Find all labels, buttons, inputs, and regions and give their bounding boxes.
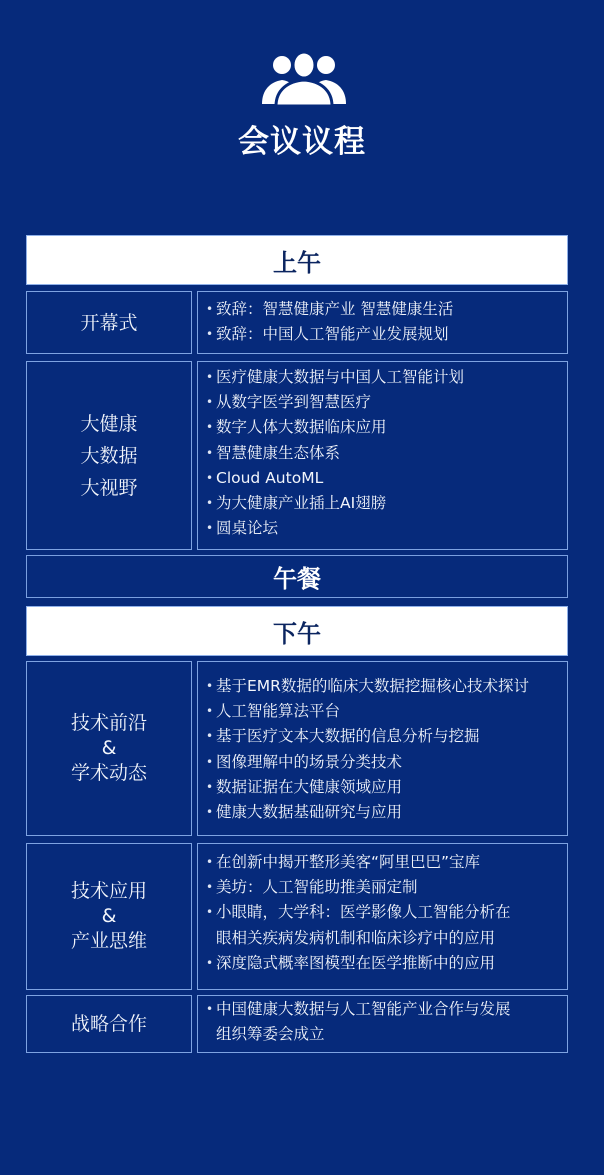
session-name-line: 技术前沿 — [71, 711, 147, 736]
list-item: •为大健康产业插上AI翅膀 — [206, 491, 567, 516]
list-item: •Cloud AutoML — [206, 466, 567, 491]
list-item: •在创新中揭开整形美客“阿里巴巴”宝库 — [206, 850, 567, 875]
session-name-opening: 开幕式 — [26, 291, 192, 354]
list-item: •医疗健康大数据与中国人工智能计划 — [206, 365, 567, 390]
list-item: •健康大数据基础研究与应用 — [206, 800, 567, 825]
bullet-icon: • — [206, 900, 216, 925]
bullet-icon: • — [206, 390, 216, 415]
list-item: •美坊：人工智能助推美丽定制 — [206, 875, 567, 900]
bullet-icon: • — [206, 997, 216, 1022]
bullet-icon: • — [206, 699, 216, 724]
bullet-icon: • — [206, 951, 216, 976]
list-item-continuation: 眼相关疾病发病机制和临床诊疗中的应用 — [206, 926, 567, 951]
bullet-icon: • — [206, 724, 216, 749]
page-title: 会议议程 — [0, 116, 604, 161]
section-header-morning: 上午 — [26, 235, 568, 285]
bullet-icon: • — [206, 365, 216, 390]
bullet-icon: • — [206, 800, 216, 825]
session-name-line: 产业思维 — [71, 929, 147, 954]
bullet-icon: • — [206, 491, 216, 516]
session-name-line: 技术应用 — [71, 879, 147, 904]
bullet-icon: • — [206, 775, 216, 800]
list-item: •深度隐式概率图模型在医学推断中的应用 — [206, 951, 567, 976]
list-item: •数字人体大数据临床应用 — [206, 415, 567, 440]
session-name-line: 大数据 — [80, 440, 137, 472]
section-header-lunch: 午餐 — [26, 555, 568, 598]
list-item: •图像理解中的场景分类技术 — [206, 750, 567, 775]
bullet-icon: • — [206, 516, 216, 541]
bullet-icon: • — [206, 875, 216, 900]
list-item: •基于医疗文本大数据的信息分析与挖掘 — [206, 724, 567, 749]
session-name-line: 大视野 — [80, 472, 137, 504]
session-items-big-health: •医疗健康大数据与中国人工智能计划 •从数字医学到智慧医疗 •数字人体大数据临床… — [197, 361, 568, 550]
bullet-icon: • — [206, 674, 216, 699]
list-item: •小眼睛，大学科：医学影像人工智能分析在 — [206, 900, 567, 925]
session-items-opening: •致辞：智慧健康产业 智慧健康生活 •致辞：中国人工智能产业发展规划 — [197, 291, 568, 354]
session-name-line: & — [102, 904, 117, 929]
session-name-tech-application: 技术应用 & 产业思维 — [26, 843, 192, 990]
session-name-tech-frontier: 技术前沿 & 学术动态 — [26, 661, 192, 836]
session-name-line: 开幕式 — [80, 307, 137, 339]
bullet-icon: • — [206, 297, 216, 322]
session-name-strategic-cooperation: 战略合作 — [26, 995, 192, 1053]
list-item: •从数字医学到智慧医疗 — [206, 390, 567, 415]
session-name-line: & — [102, 736, 117, 761]
list-item: •基于EMR数据的临床大数据挖掘核心技术探讨 — [206, 674, 567, 699]
people-group-icon — [258, 50, 350, 106]
bullet-icon: • — [206, 466, 216, 491]
session-name-big-health: 大健康 大数据 大视野 — [26, 361, 192, 550]
session-name-line: 战略合作 — [71, 1008, 147, 1040]
bullet-icon: • — [206, 415, 216, 440]
list-item: •人工智能算法平台 — [206, 699, 567, 724]
list-item: •数据证据在大健康领域应用 — [206, 775, 567, 800]
session-items-tech-application: •在创新中揭开整形美客“阿里巴巴”宝库 •美坊：人工智能助推美丽定制 •小眼睛，… — [197, 843, 568, 990]
session-name-line: 学术动态 — [71, 761, 147, 786]
bullet-icon: • — [206, 750, 216, 775]
list-item-continuation: 组织筹委会成立 — [206, 1022, 567, 1047]
list-item: •圆桌论坛 — [206, 516, 567, 541]
list-item: •智慧健康生态体系 — [206, 441, 567, 466]
bullet-icon: • — [206, 441, 216, 466]
session-name-line: 大健康 — [80, 408, 137, 440]
session-items-strategic-cooperation: •中国健康大数据与人工智能产业合作与发展 组织筹委会成立 — [197, 995, 568, 1053]
list-item: •致辞：中国人工智能产业发展规划 — [206, 322, 567, 347]
list-item: •致辞：智慧健康产业 智慧健康生活 — [206, 297, 567, 322]
bullet-icon: • — [206, 850, 216, 875]
bullet-icon: • — [206, 322, 216, 347]
section-header-afternoon: 下午 — [26, 606, 568, 656]
session-items-tech-frontier: •基于EMR数据的临床大数据挖掘核心技术探讨 •人工智能算法平台 •基于医疗文本… — [197, 661, 568, 836]
list-item: •中国健康大数据与人工智能产业合作与发展 — [206, 997, 567, 1022]
